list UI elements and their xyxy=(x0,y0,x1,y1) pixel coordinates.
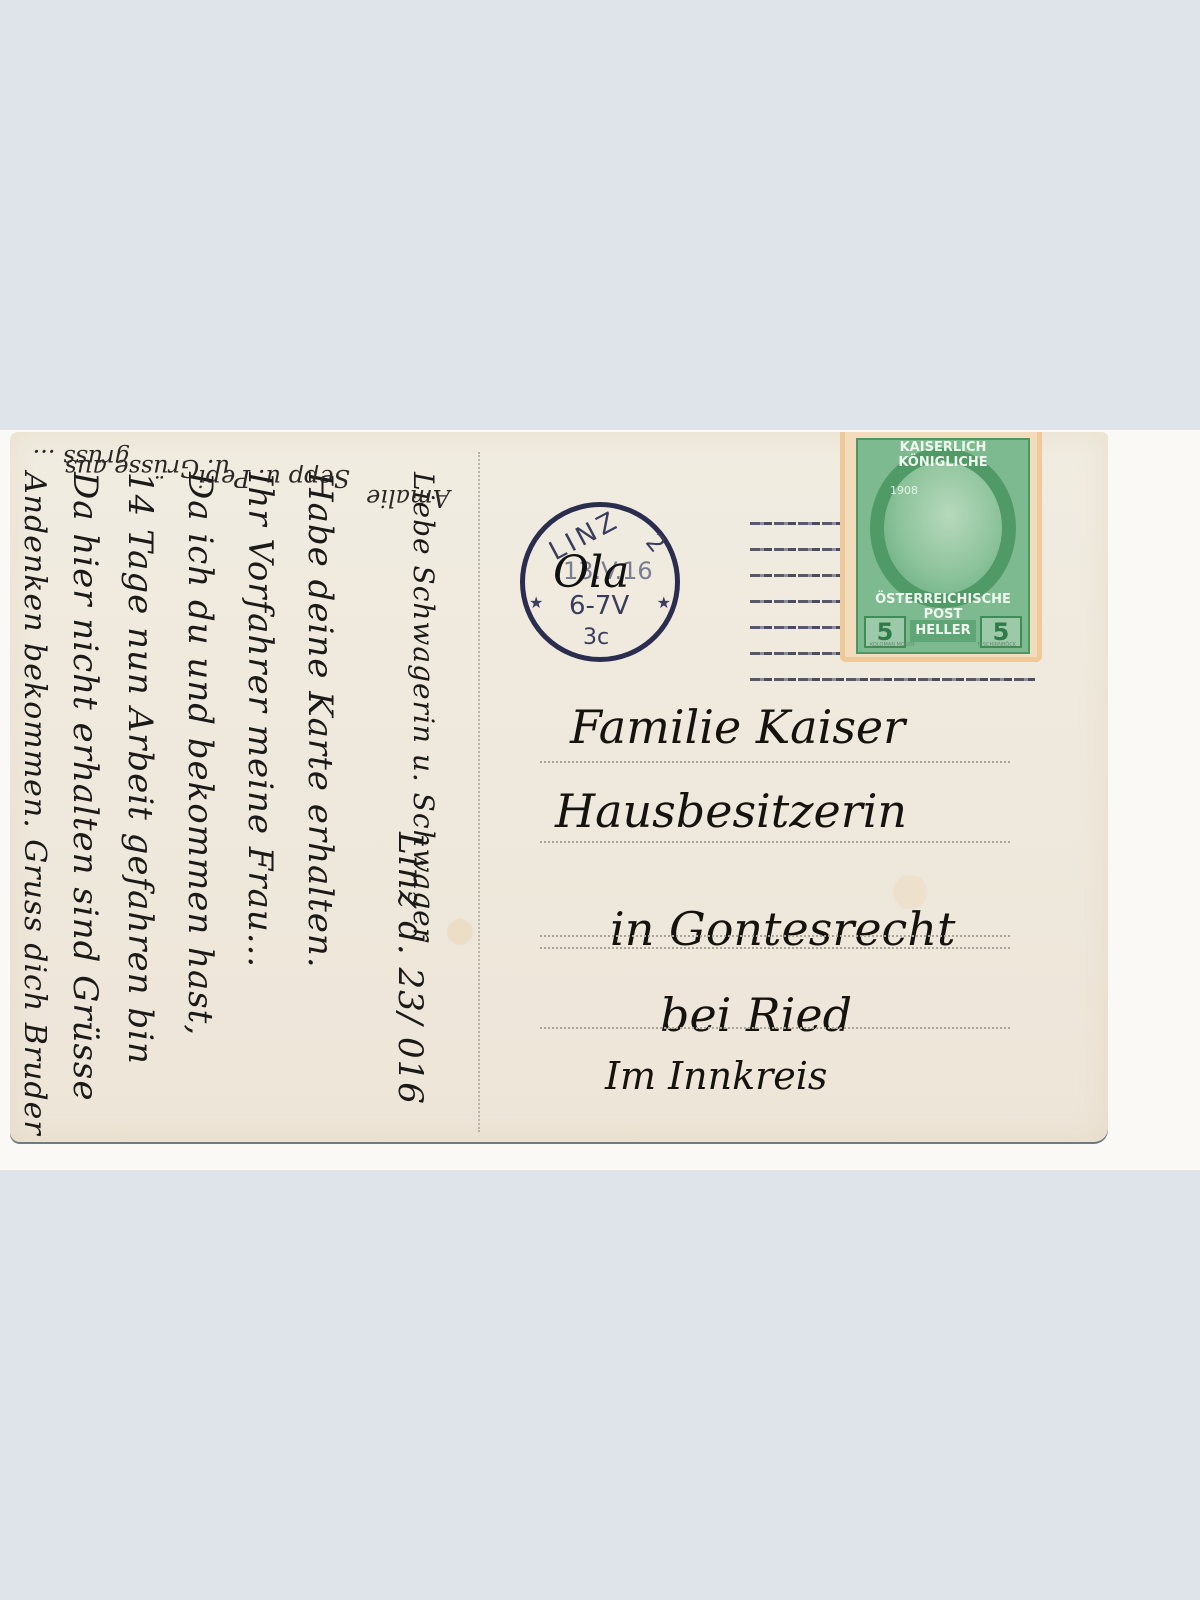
message-upside-line: gruss ... xyxy=(33,444,130,472)
stamp-inscription-top: KAISERLICH KÖNIGLICHE xyxy=(866,440,1020,470)
address-line xyxy=(540,935,1010,937)
message-line: Da ich du und bekommen hast, xyxy=(180,472,220,1036)
divider-line xyxy=(478,452,480,1132)
address-name: Familie Kaiser xyxy=(570,700,905,754)
stamp-imprint-left: KOLOMAN MOSER xyxy=(870,642,915,648)
address-district: Im Innkreis xyxy=(605,1054,827,1098)
stamp-year: 1908 xyxy=(890,484,918,497)
star-icon: ★ xyxy=(529,593,543,612)
message-line: Da hier nicht erhalten sind Grüsse xyxy=(65,472,105,1102)
postage-stamp: KAISERLICH KÖNIGLICHE 1908 ÖSTERREICHISC… xyxy=(840,432,1042,662)
postcard-back: Liebe Schwagerin u. Schwager Linz d. 23/… xyxy=(10,432,1108,1142)
address-line xyxy=(540,841,1010,843)
address-line xyxy=(540,761,1010,763)
message-line: Ihr Vorfahrer meine Frau... xyxy=(240,472,280,968)
address-line xyxy=(540,947,1010,949)
star-icon: ★ xyxy=(657,593,671,612)
message-date: Linz d. 23/ 016 xyxy=(390,832,430,1105)
emperor-portrait-icon xyxy=(870,448,1016,608)
postmark-signature: Ola xyxy=(553,547,629,598)
postmark-office-number: 2 xyxy=(640,528,671,558)
postcard-scan: Liebe Schwagerin u. Schwager Linz d. 23/… xyxy=(0,430,1200,1170)
message-area: Liebe Schwagerin u. Schwager Linz d. 23/… xyxy=(10,432,480,1142)
postmark-sub: 3c xyxy=(583,625,609,650)
postmark: LINZ 2 13.V.16 6-7V 3c ★ ★ Ola xyxy=(520,502,680,662)
stamp-imprint-right: F. SCHIRNBÖCK xyxy=(978,642,1016,648)
message-line: 14 Tage nun Arbeit gefahren bin xyxy=(120,472,160,1065)
stamp-design: KAISERLICH KÖNIGLICHE 1908 ÖSTERREICHISC… xyxy=(856,438,1030,654)
address-near: bei Ried xyxy=(660,988,852,1042)
address-line xyxy=(540,1027,1010,1029)
address-occupation: Hausbesitzerin xyxy=(555,784,907,838)
message-upside-line: Amalie xyxy=(366,484,450,512)
message-line: Andenken bekommen. Gruss dich Bruder xyxy=(17,472,52,1136)
stamp-currency: HELLER xyxy=(910,620,976,642)
message-line: Habe deine Karte erhalten. xyxy=(300,472,340,969)
